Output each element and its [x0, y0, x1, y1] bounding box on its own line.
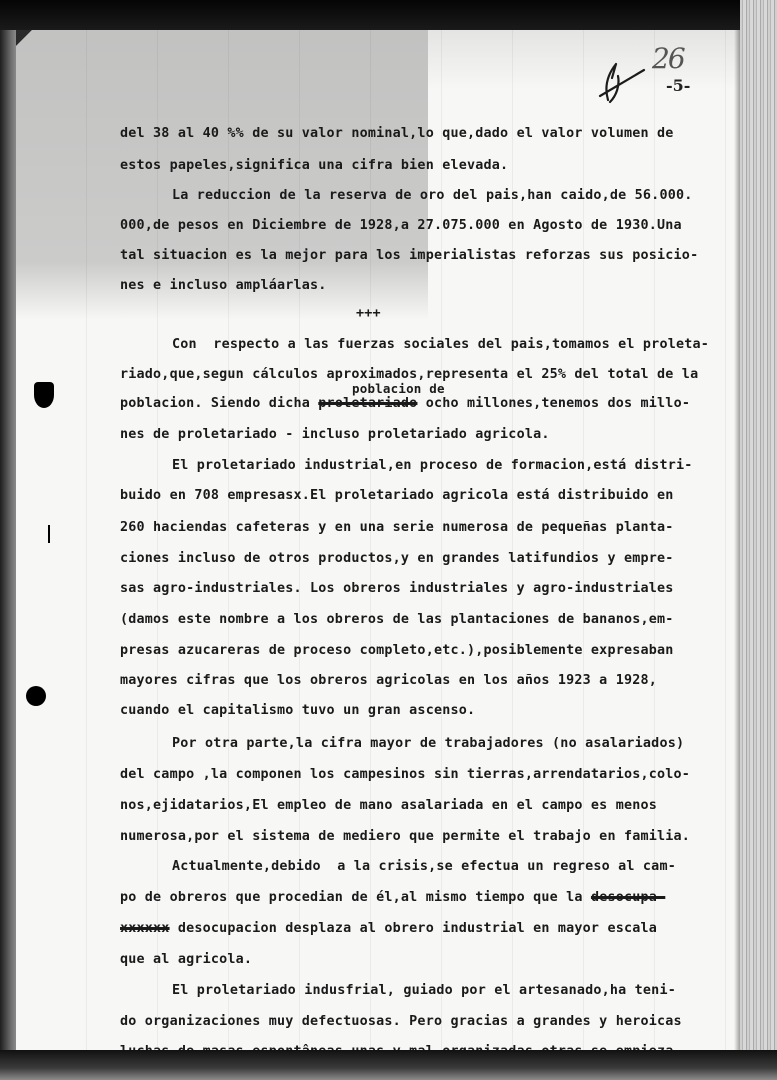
text-line: La reduccion de la reserva de oro del pa…	[172, 188, 693, 203]
punch-hole	[26, 686, 46, 706]
text-line: Actualmente,debido a la crisis,se efectu…	[172, 859, 676, 874]
text-line: poblacion de	[352, 381, 445, 396]
text-line: +++	[356, 306, 381, 321]
text-line: nes e incluso ampláarlas.	[120, 278, 327, 293]
text-line: que al agricola.	[120, 952, 252, 967]
text-line: El proletariado indusfrial, guiado por e…	[172, 983, 676, 998]
text-line: po de obreros que procedian de él,al mis…	[120, 890, 665, 905]
text-line: ciones incluso de otros productos,y en g…	[120, 551, 674, 566]
text-line: tal situacion es la mejor para los imper…	[120, 248, 698, 263]
text-line: buido en 708 empresasx.El proletariado a…	[120, 488, 674, 503]
text-line: numerosa,por el sistema de mediero que p…	[120, 829, 690, 844]
scan-left-border	[0, 30, 16, 1080]
text-line: mayores cifras que los obreros agricolas…	[120, 673, 657, 688]
text-line: del 38 al 40 %% de su valor nominal,lo q…	[120, 126, 674, 141]
scan-top-border	[0, 0, 777, 30]
document-page: 26 -5- del 38 al 40 %% de su valor nomin…	[16, 30, 740, 1052]
text-line: 260 haciendas cafeteras y en una serie n…	[120, 520, 674, 535]
page-edge-shadow	[734, 30, 740, 1052]
text-line: Con respecto a las fuerzas sociales del …	[172, 337, 709, 352]
handwritten-mark-icon	[586, 56, 646, 106]
page-number: -5-	[666, 76, 690, 95]
text-line: do organizaciones muy defectuosas. Pero …	[120, 1014, 682, 1029]
text-line: nos,ejidatarios,El empleo de mano asalar…	[120, 798, 657, 813]
text-line: El proletariado industrial,en proceso de…	[172, 458, 693, 473]
text-line: (damos este nombre a los obreros de las …	[120, 612, 674, 627]
text-line: 000,de pesos en Diciembre de 1928,a 27.0…	[120, 218, 682, 233]
text-line: xxxxxx desocupacion desplaza al obrero i…	[120, 921, 657, 936]
scan-right-border	[740, 0, 777, 1080]
text-line: del campo ,la componen los campesinos si…	[120, 767, 690, 782]
margin-mark	[48, 525, 50, 543]
text-line: Por otra parte,la cifra mayor de trabaja…	[172, 736, 684, 751]
text-line: riado,que,segun cálculos aproximados,rep…	[120, 367, 698, 382]
struck-text: proletariado	[318, 396, 417, 411]
folio-number: 26	[652, 42, 684, 75]
text-line: poblacion. Siendo dicha proletariado och…	[120, 396, 690, 411]
text-line: estos papeles,significa una cifra bien e…	[120, 158, 508, 173]
scan-bottom-border	[0, 1050, 777, 1080]
text-line: sas agro-industriales. Los obreros indus…	[120, 581, 674, 596]
struck-text: xxxxxx	[120, 921, 170, 936]
text-line: nes de proletariado - incluso proletaria…	[120, 427, 550, 442]
struck-text: desocupa-	[591, 890, 665, 905]
text-line: presas azucareras de proceso completo,et…	[120, 643, 674, 658]
punch-hole	[34, 382, 54, 408]
text-line: cuando el capitalismo tuvo un gran ascen…	[120, 703, 475, 718]
